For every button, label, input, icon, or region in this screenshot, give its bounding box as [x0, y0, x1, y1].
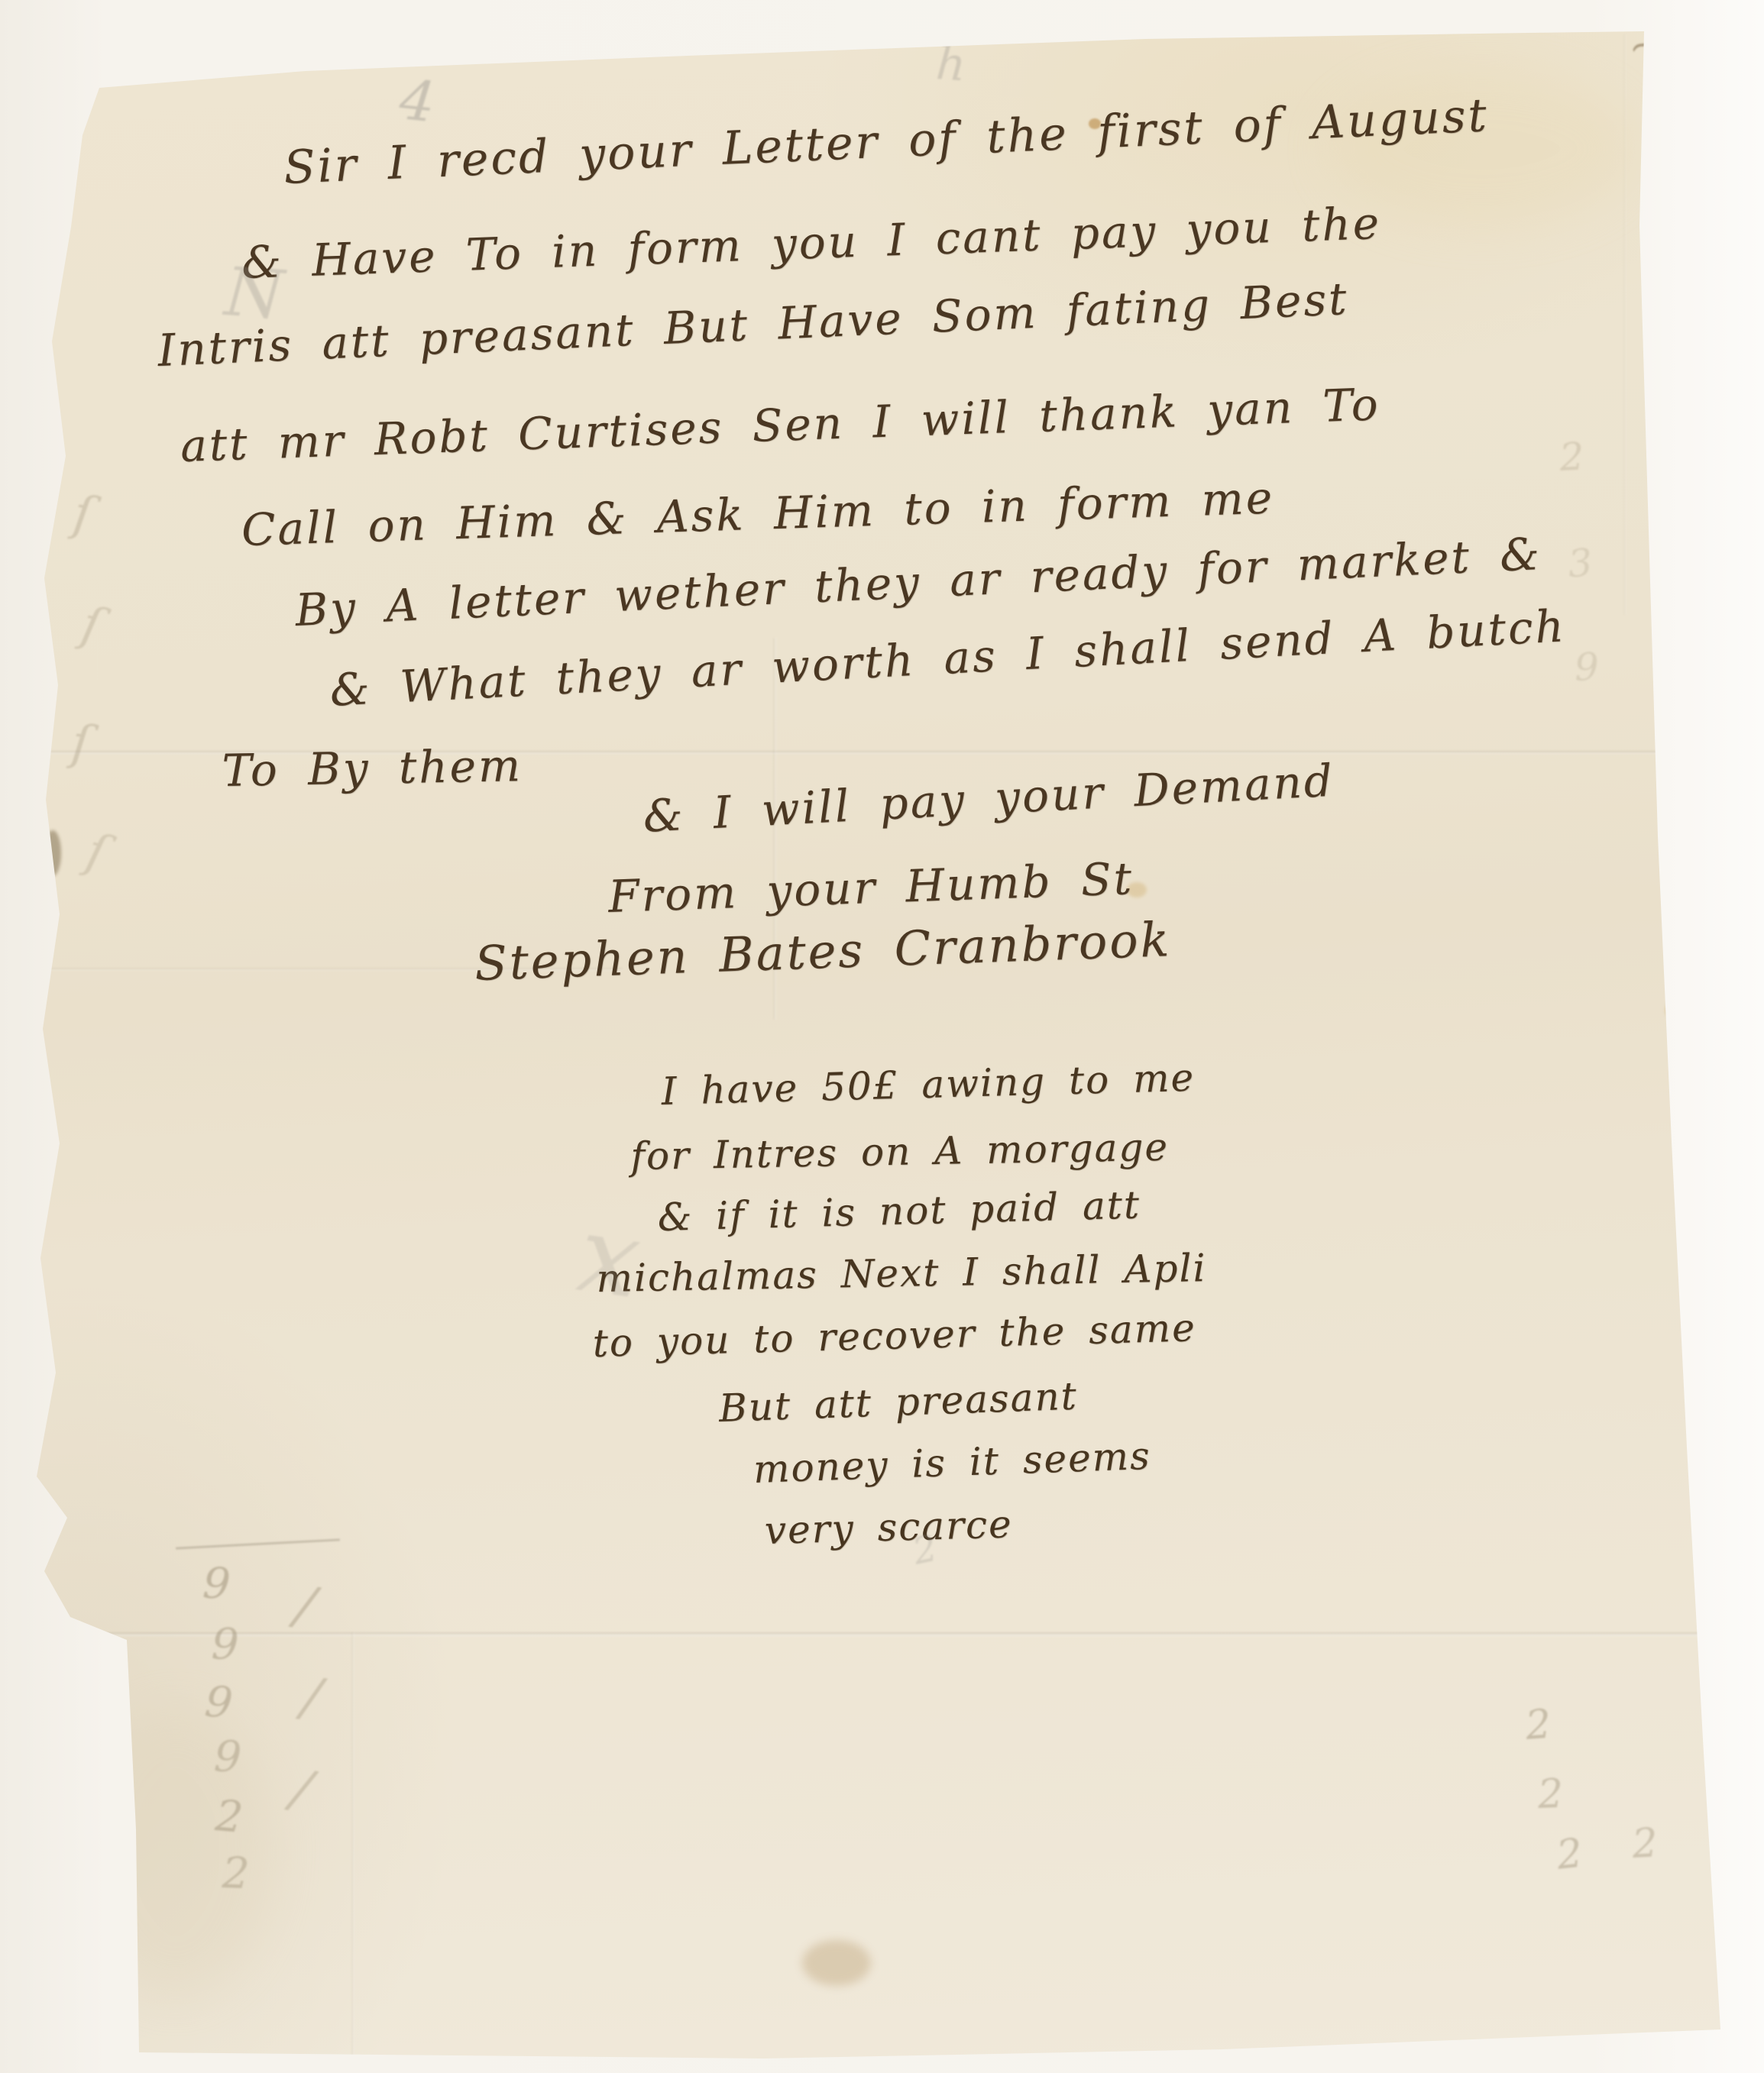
ghost-mark: ſ — [77, 596, 107, 655]
stain-left-edge-dark — [44, 830, 61, 876]
ghost-mark: 2 — [213, 1791, 244, 1843]
letter-line: Call on Him & Ask Him to in form me — [241, 472, 1275, 556]
pencil-stroke — [176, 1538, 340, 1549]
postscript-line: to you to recover the same — [592, 1305, 1196, 1366]
ghost-mark: 9 — [201, 1558, 231, 1609]
stain-right-edge — [1665, 1001, 1688, 1020]
ghost-mark: 2 — [1631, 1820, 1659, 1868]
ghost-mark: N — [222, 252, 286, 335]
fold-crease-vertical-bottom — [351, 1632, 354, 2062]
postscript-line: michalmas Next I shall Apli — [596, 1246, 1207, 1301]
ghost-mark: ſ — [69, 714, 92, 772]
ghost-mark: 2 — [222, 1848, 251, 1899]
letter-paper: Sir I recd your Letter of the first of A… — [31, 27, 1723, 2062]
postscript-line: money is it seems — [753, 1434, 1152, 1492]
ghost-mark: / — [286, 1757, 317, 1822]
postscript-line: & if it is not paid att — [657, 1182, 1141, 1240]
ghost-mark: ſ — [70, 485, 96, 544]
ghost-mark: 9 — [202, 1677, 235, 1729]
ghost-mark: 9 — [213, 1732, 243, 1783]
ghost-mark: ~ — [1621, 21, 1663, 68]
ghost-mark: 2 — [1537, 1771, 1564, 1818]
ghost-mark: h — [934, 37, 967, 92]
letter-line: & Have To in form you I cant pay you the — [241, 197, 1382, 289]
ghost-mark: / — [291, 1573, 319, 1638]
closing-line: From your Humb St — [607, 852, 1134, 923]
scanned-letter-page: { "letter": { "body": [ "Sir I recd your… — [0, 0, 1764, 2073]
ghost-mark: ſ — [81, 823, 112, 882]
closing-line: & I will pay your Demand — [642, 755, 1335, 842]
ghost-mark: / — [299, 1665, 325, 1729]
ghost-mark: 9 — [1574, 645, 1600, 690]
ghost-mark: 2 — [1558, 434, 1585, 480]
letter-line: To By them — [222, 739, 523, 797]
ghost-mark: 3 — [1566, 540, 1594, 587]
postscript-line: But att preasant — [718, 1374, 1079, 1431]
ghost-mark: 9 — [211, 1619, 240, 1670]
ghost-mark: x — [571, 1192, 648, 1323]
postscript-line: very scarce — [764, 1502, 1013, 1552]
ghost-mark: 4 — [396, 67, 438, 134]
letter-line: Sir I recd your Letter of the first of A… — [283, 89, 1490, 195]
fold-crease-horizontal-lower — [31, 1632, 1723, 1636]
ghost-mark: 2 — [1524, 1702, 1552, 1749]
signature-line: Stephen Bates Cranbrook — [474, 911, 1172, 991]
stain-bottom-center — [802, 1940, 871, 1986]
postscript-line: for Intres on A morgage — [630, 1125, 1169, 1179]
ghost-mark: 2 — [1555, 1831, 1584, 1879]
letter-line: Intris att preasant But Have Som fating … — [157, 273, 1350, 377]
letter-line: att mr Robt Curtises Sen I will thank ya… — [180, 378, 1381, 472]
postscript-line: I have 50£ awing to me — [661, 1056, 1196, 1114]
fold-crease-vertical-right — [1623, 34, 1626, 615]
